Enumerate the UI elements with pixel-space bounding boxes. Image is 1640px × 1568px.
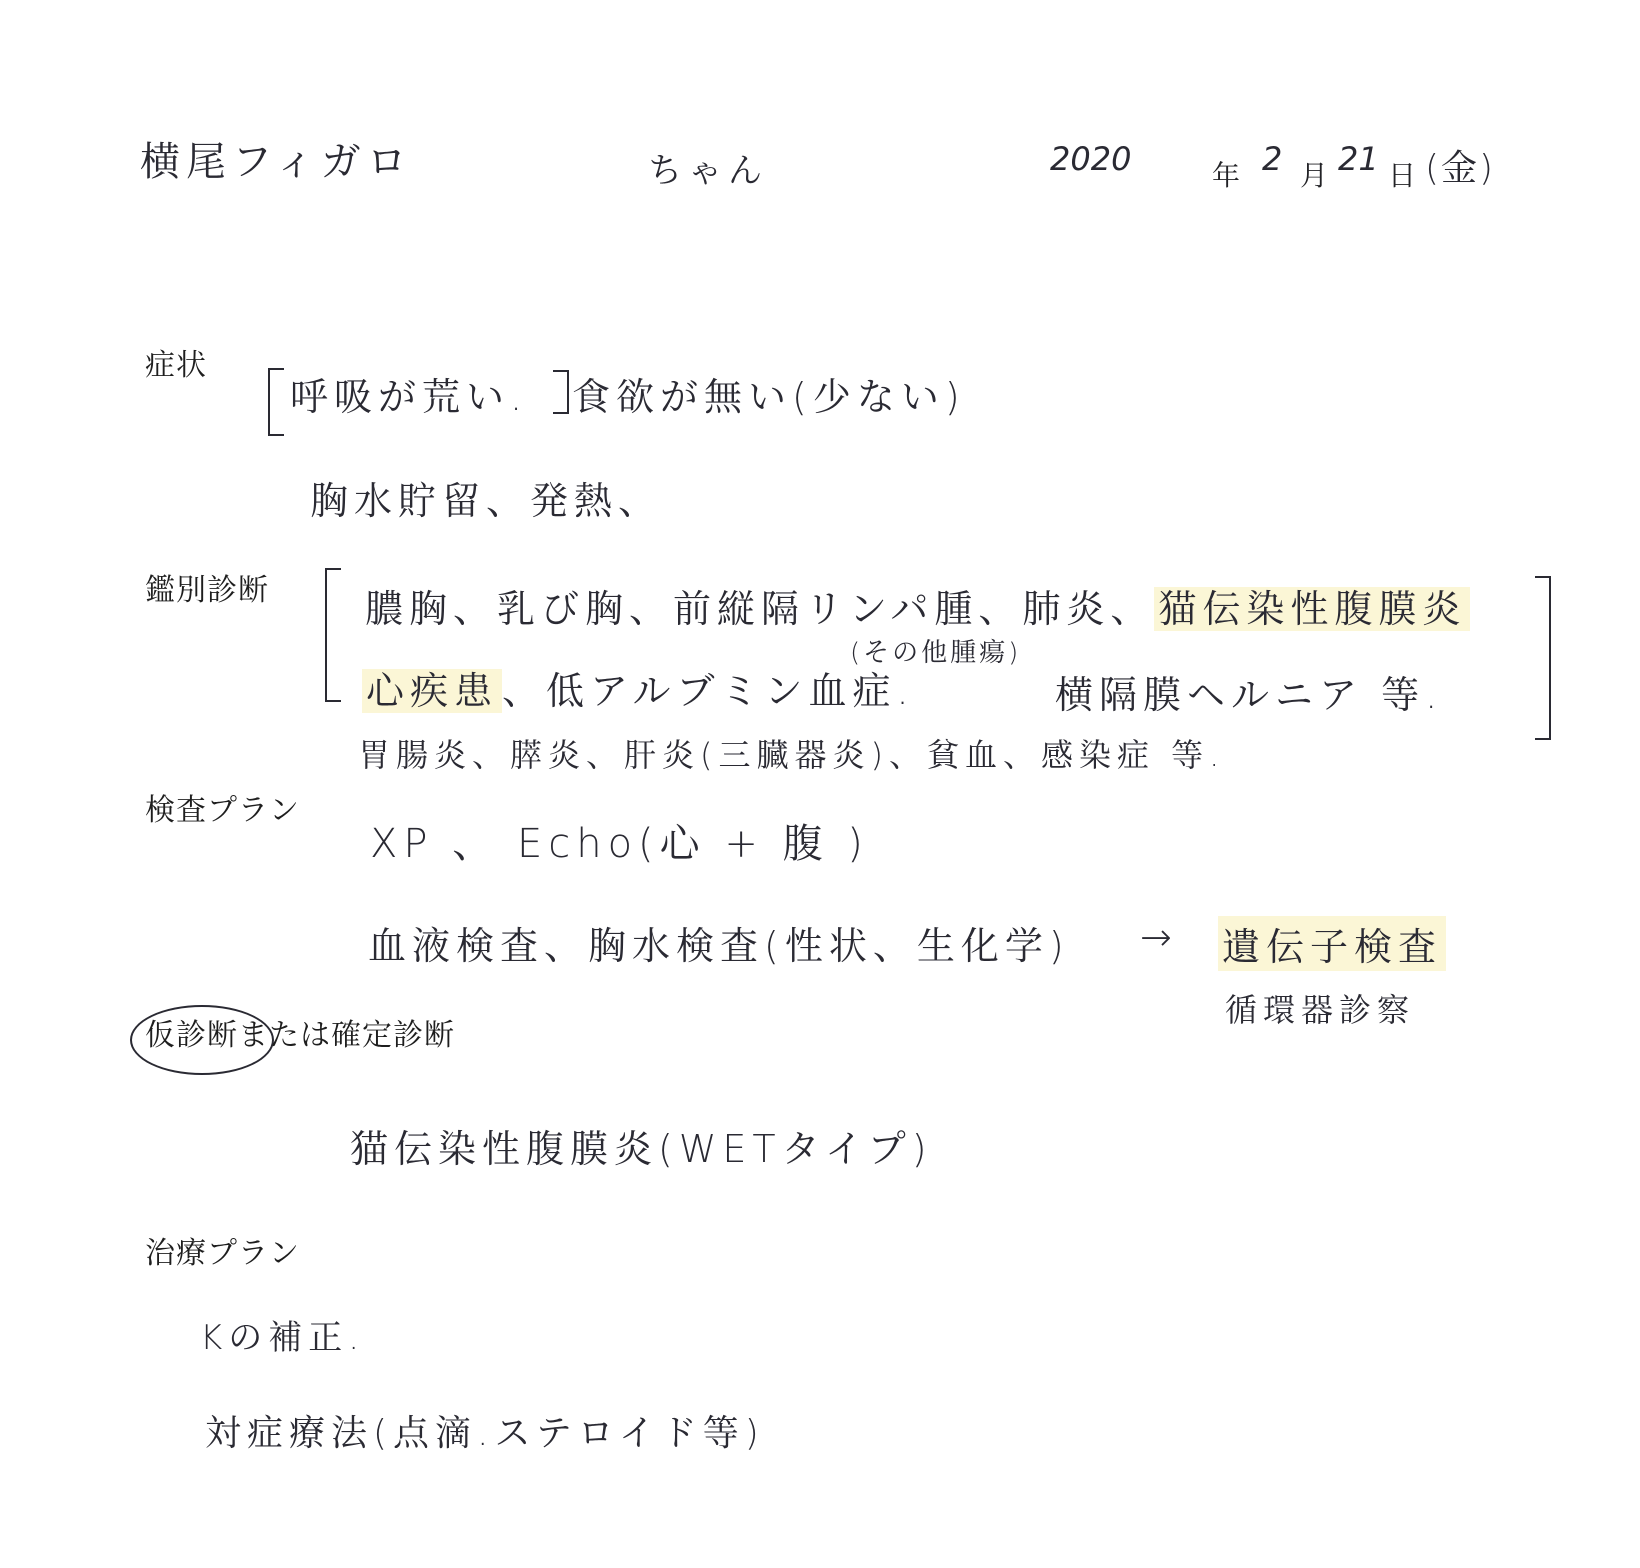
tests-label: 検査プラン: [145, 785, 300, 829]
date-day-label: 日: [1388, 154, 1416, 194]
date-month-label: 月: [1300, 154, 1328, 194]
patient-honorific: ちゃん: [648, 143, 768, 192]
tests-line2: 血液検査、胸水検査(性状、生化学): [368, 915, 1070, 970]
differential-line2: 心疾患、低アルブミン血症.: [362, 660, 915, 715]
symptoms-line1-bracketed: 呼吸が荒い.: [290, 366, 528, 421]
differential-line2-b: 横隔膜ヘルニア 等.: [1055, 664, 1443, 719]
diagnosis-value: 猫伝染性腹膜炎(WETタイプ): [350, 1118, 933, 1173]
differential-highlight-fip: 猫伝染性腹膜炎: [1154, 587, 1470, 631]
tests-line1: XP 、 Echo(心 + 腹 ): [370, 812, 869, 869]
differential-line2-text: 、低アルブミン血症.: [502, 669, 915, 713]
differential-line1-text: 膿胸、乳び胸、前縦隔リンパ腫、肺炎、: [365, 587, 1154, 631]
differential-bracket-right: [1535, 576, 1551, 740]
tests-followup-genetic: 遺伝子検査: [1218, 916, 1446, 971]
diagnosis-label: 仮診断または確定診断: [145, 1010, 455, 1054]
tests-followup-cardio: 循環器診察: [1225, 985, 1415, 1031]
treatment-item: 対症療法(点滴.ステロイド等): [205, 1405, 765, 1456]
symptoms-bracket-right: [553, 370, 569, 414]
symptoms-bracket-left: [268, 368, 284, 436]
differential-highlight-cardiac: 心疾患: [362, 669, 502, 713]
date-weekday: (金): [1425, 140, 1495, 191]
symptoms-label: 症状: [145, 340, 207, 384]
symptoms-line1-rest: 食欲が無い(少ない): [572, 366, 966, 421]
treatment-label: 治療プラン: [145, 1228, 300, 1272]
arrow-icon: →: [1140, 915, 1178, 959]
symptoms-line2: 胸水貯留、発熱、: [310, 470, 662, 525]
date-year-label: 年: [1212, 154, 1240, 194]
date-month: 2: [1262, 140, 1282, 178]
treatment-item: Kの補正.: [200, 1310, 365, 1359]
differential-line1: 膿胸、乳び胸、前縦隔リンパ腫、肺炎、猫伝染性腹膜炎: [365, 578, 1470, 633]
differential-bracket-left: [325, 568, 341, 702]
differential-label: 鑑別診断: [145, 565, 269, 609]
date-year: 2020: [1050, 140, 1131, 178]
patient-name: 横尾フィガロ: [140, 130, 413, 187]
differential-line3: 胃腸炎、膵炎、肝炎(三臓器炎)、貧血、感染症 等.: [358, 730, 1225, 776]
date-day: 21: [1338, 140, 1379, 178]
